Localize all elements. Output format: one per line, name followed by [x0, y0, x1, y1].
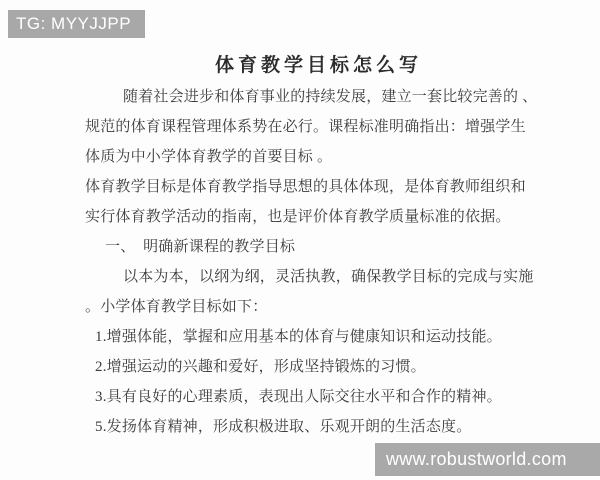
document-page: 体育教学目标怎么写 随着社会进步和体育事业的持续发展，建立一套比较完善的 、 规…	[0, 0, 600, 480]
document-title: 体育教学目标怎么写	[85, 50, 530, 77]
document-list-item: 3.具有良好的心理素质，表现出人际交往水平和合作的精神。	[85, 382, 545, 412]
document-line: 体育教学目标是体育教学指导思想的具体体现，是体育教师组织和	[85, 172, 545, 202]
document-list-item: 5.发扬体育精神，形成积极进取、乐观开朗的生活态度。	[85, 412, 545, 442]
document-line: 实行体育教学活动的指南，也是评价体育教学质量标准的依据。	[85, 202, 545, 232]
document-line: 以本为本，以纲为纲，灵活执教，确保教学目标的完成与实施	[85, 262, 545, 292]
document-line: 。小学体育教学目标如下：	[85, 292, 545, 322]
document-list-item: 1.增强体能，掌握和应用基本的体育与健康知识和运动技能。	[85, 322, 545, 352]
document-line: 随着社会进步和体育事业的持续发展，建立一套比较完善的 、	[85, 82, 545, 112]
document-line: 体质为中小学体育教学的首要目标 。	[85, 142, 545, 172]
document-line: 规范的体育课程管理体系势在必行。课程标准明确指出：增强学生	[85, 112, 545, 142]
document-body: 随着社会进步和体育事业的持续发展，建立一套比较完善的 、 规范的体育课程管理体系…	[85, 82, 545, 442]
watermark-site-badge: www.robustworld.com	[375, 443, 600, 476]
document-list-item: 2.增强运动的兴趣和爱好，形成坚持锻炼的习惯。	[85, 352, 545, 382]
document-section-heading: 一、 明确新课程的教学目标	[85, 232, 545, 262]
watermark-tag-badge: TG: MYYJJPP	[8, 10, 145, 38]
